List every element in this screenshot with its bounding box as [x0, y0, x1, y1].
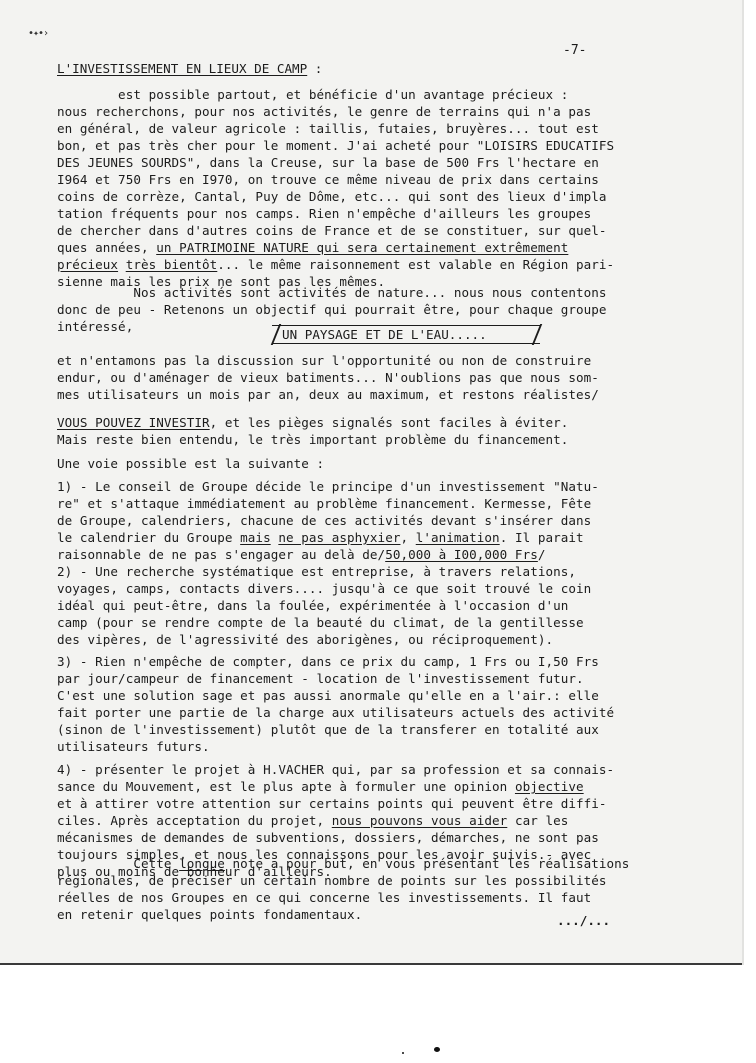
text-line: idéal qui peut-être, dans la foulée, exp…: [57, 597, 568, 614]
text-line: tation fréquents pour nos camps. Rien n'…: [57, 205, 591, 222]
section-title: L'INVESTISSEMENT EN LIEUX DE CAMP :: [57, 61, 322, 76]
text-line: donc de peu - Retenons un objectif qui p…: [57, 301, 607, 318]
text-line: de chercher dans d'autres coins de Franc…: [57, 222, 607, 239]
emphasis-precieux: précieux: [57, 257, 118, 272]
text-line: de Groupe, calendriers, chacune de ces a…: [57, 512, 591, 529]
text-line: fait porter une partie de la charge aux …: [57, 704, 614, 721]
text-line: mécanismes de demandes de subventions, d…: [57, 829, 599, 846]
speck: [434, 1047, 440, 1052]
emphasis-budget-range: 50,000 à I00,000 Frs: [385, 547, 538, 562]
section-title-text: L'INVESTISSEMENT EN LIEUX DE CAMP: [57, 61, 307, 76]
text-line: sance du Mouvement, est le plus apte à f…: [57, 778, 584, 795]
text-line: I964 et 750 Frs en I970, on trouve ce mê…: [57, 171, 599, 188]
text-fragment: , et les pièges signalés sont faciles à …: [210, 415, 569, 430]
page-number: -7-: [563, 43, 586, 58]
text-fragment: Cette: [57, 856, 179, 871]
text-line: raisonnable de ne pas s'engager au delà …: [57, 546, 545, 563]
text-line: 4) - présenter le projet à H.VACHER qui,…: [57, 761, 614, 778]
emphasis-objective: objective: [515, 779, 584, 794]
text-line: le calendrier du Groupe mais ne pas asph…: [57, 529, 584, 546]
continuation-mark: .../...: [557, 913, 610, 928]
emphasis-patrimoine: un PATRIMOINE NATURE qui sera certaineme…: [156, 240, 568, 255]
text-fragment: ciles. Après acceptation du projet,: [57, 813, 332, 828]
text-line: re" et s'attaque immédiatement au problè…: [57, 495, 591, 512]
text-line: (sinon de l'investissement) plutôt que d…: [57, 721, 599, 738]
text-line: nous recherchons, pour nos activités, le…: [57, 103, 591, 120]
boxed-phrase: UN PAYSAGE ET DE L'EAU.....: [272, 325, 540, 344]
text-line: précieux très bientôt... le même raisonn…: [57, 256, 614, 273]
text-line: ques années, un PATRIMOINE NATURE qui se…: [57, 239, 568, 256]
text-line: voyages, camps, contacts divers.... jusq…: [57, 580, 591, 597]
text-line: 3) - Rien n'empêche de compter, dans ce …: [57, 653, 599, 670]
text-line: utilisateurs futurs.: [57, 738, 210, 755]
text-line: bon, et pas très cher pour le moment. J'…: [57, 137, 614, 154]
text-line: en retenir quelques points fondamentaux.: [57, 906, 362, 923]
text-line: en général, de valeur agricole : taillis…: [57, 120, 599, 137]
text-line: VOUS POUVEZ INVESTIR, et les pièges sign…: [57, 414, 568, 431]
text-line: Nos activités sont activités de nature..…: [57, 284, 607, 301]
emphasis-vous-pouvez-investir: VOUS POUVEZ INVESTIR: [57, 415, 210, 430]
speck: [402, 1052, 404, 1054]
emphasis-tres-bientot: très bientôt: [126, 257, 218, 272]
text-fragment: ... le même raisonnement est valable en …: [217, 257, 614, 272]
text-line: Mais reste bien entendu, le très importa…: [57, 431, 568, 448]
text-line: des vipères, de l'agressivité des aborig…: [57, 631, 553, 648]
emphasis-animation: l'animation: [416, 530, 500, 545]
text-line: ciles. Après acceptation du projet, nous…: [57, 812, 568, 829]
text-fragment: note a pour but, en vous présentant les …: [225, 856, 630, 871]
text-fragment: raisonnable de ne pas s'engager au delà …: [57, 547, 385, 562]
text-line: 1) - Le conseil de Groupe décide le prin…: [57, 478, 599, 495]
marginal-mark: •✦•›: [28, 28, 56, 38]
text-line: et à attirer votre attention sur certain…: [57, 795, 607, 812]
document-page: •✦•› -7- L'INVESTISSEMENT EN LIEUX DE CA…: [0, 0, 742, 965]
text-line: réelles de nos Groupes en ce qui concern…: [57, 889, 591, 906]
text-line: Cette longue note a pour but, en vous pr…: [57, 855, 629, 872]
emphasis-longue: longue: [179, 856, 225, 871]
text-fragment: le calendrier du Groupe: [57, 530, 240, 545]
text-line: Une voie possible est la suivante :: [57, 455, 324, 472]
text-line: est possible partout, et bénéficie d'un …: [57, 86, 568, 103]
text-line: C'est une solution sage et pas aussi ano…: [57, 687, 599, 704]
text-fragment: ques années,: [57, 240, 156, 255]
text-line: DES JEUNES SOURDS", dans la Creuse, sur …: [57, 154, 599, 171]
text-fragment: . Il parait: [500, 530, 584, 545]
emphasis-mais: mais: [240, 530, 271, 545]
text-line: mes utilisateurs un mois par an, deux au…: [57, 386, 599, 403]
text-fragment: /: [538, 547, 546, 562]
text-line: camp (pour se rendre compte de la beauté…: [57, 614, 584, 631]
text-line: 2) - Une recherche systématique est entr…: [57, 563, 576, 580]
emphasis-nous-pouvons-vous-aider: nous pouvons vous aider: [332, 813, 508, 828]
text-line: et n'entamons pas la discussion sur l'op…: [57, 352, 591, 369]
text-fragment: sance du Mouvement, est le plus apte à f…: [57, 779, 515, 794]
text-line: par jour/campeur de financement - locati…: [57, 670, 584, 687]
emphasis-ne-pas-asphyxier: ne pas asphyxier: [278, 530, 400, 545]
text-line: régionales, de préciser un certain nombr…: [57, 872, 607, 889]
text-line: endur, ou d'aménager de vieux batiments.…: [57, 369, 599, 386]
text-fragment: car les: [507, 813, 568, 828]
text-line: coins de corrèze, Cantal, Puy de Dôme, e…: [57, 188, 607, 205]
text-line: intéressé,: [57, 318, 133, 335]
section-title-colon: :: [307, 61, 322, 76]
